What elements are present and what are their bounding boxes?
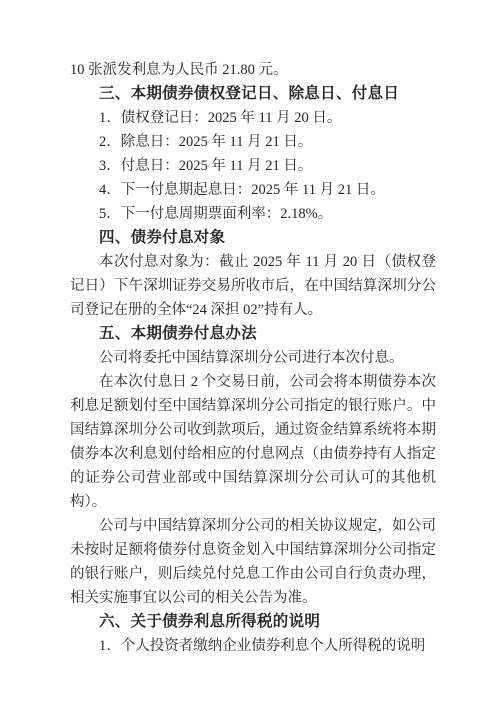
para-payment-recipients: 本次付息对象为：截止 2025 年 11 月 20 日（债权登记日）下午深圳证券… bbox=[70, 250, 436, 322]
item-next-period-coupon-rate: 5．下一付息周期票面利率：2.18%。 bbox=[70, 202, 436, 226]
para-interest-per-10-notes: 10 张派发利息为人民币 21.80 元。 bbox=[70, 58, 436, 82]
heading-section-4-payment-recipients: 四、债券付息对象 bbox=[70, 226, 436, 250]
item-individual-tax-note: 1．个人投资者缴纳企业债券利息个人所得税的说明 bbox=[70, 634, 436, 658]
item-next-period-start-date: 4．下一付息期起息日：2025 年 11 月 21 日。 bbox=[70, 178, 436, 202]
para-entrust-csdc: 公司将委托中国结算深圳分公司进行本次付息。 bbox=[70, 346, 436, 370]
document-page: 10 张派发利息为人民币 21.80 元。 三、本期债券债权登记日、除息日、付息… bbox=[0, 0, 500, 707]
heading-section-3-dates: 三、本期债券债权登记日、除息日、付息日 bbox=[70, 82, 436, 106]
item-bond-registration-date: 1．债权登记日：2025 年 11 月 20 日。 bbox=[70, 106, 436, 130]
heading-section-5-payment-method: 五、本期债券付息办法 bbox=[70, 322, 436, 346]
item-interest-payment-date: 3．付息日：2025 年 11 月 21 日。 bbox=[70, 154, 436, 178]
para-agreement-terms: 公司与中国结算深圳分公司的相关协议规定，如公司未按时足额将债券付息资金划入中国结… bbox=[70, 514, 436, 610]
heading-section-6-interest-tax: 六、关于债券利息所得税的说明 bbox=[70, 610, 436, 634]
item-ex-interest-date: 2．除息日：2025 年 11 月 21 日。 bbox=[70, 130, 436, 154]
para-payment-process: 在本次付息日 2 个交易日前，公司会将本期债券本次利息足额划付至中国结算深圳分公… bbox=[70, 370, 436, 514]
